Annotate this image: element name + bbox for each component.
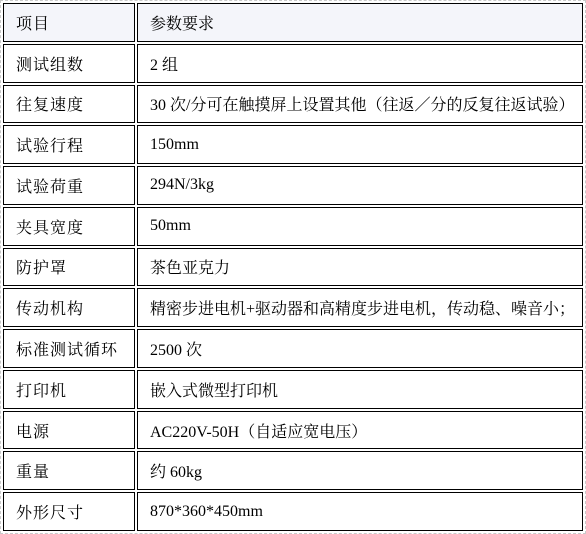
- value-cell: 2500 次: [137, 329, 583, 368]
- spec-table: 项目 参数要求 测试组数 2 组 往复速度 30 次/分可在触摸屏上设置其他（往…: [1, 1, 585, 533]
- item-cell: 标准测试循环: [3, 329, 135, 368]
- value-cell: 精密步进电机+驱动器和高精度步进电机，传动稳、噪音小；: [137, 288, 583, 327]
- value-cell: 870*360*450mm: [137, 492, 583, 531]
- table-row: 标准测试循环 2500 次: [3, 329, 583, 368]
- table-row: 打印机 嵌入式微型打印机: [3, 370, 583, 409]
- value-cell: 50mm: [137, 207, 583, 246]
- table-row: 传动机构 精密步进电机+驱动器和高精度步进电机，传动稳、噪音小；: [3, 288, 583, 327]
- value-cell: 294N/3kg: [137, 166, 583, 205]
- value-cell: 150mm: [137, 125, 583, 164]
- table-header-row: 项目 参数要求: [3, 3, 583, 42]
- item-cell: 夹具宽度: [3, 207, 135, 246]
- value-cell: 茶色亚克力: [137, 248, 583, 287]
- item-cell: 电源: [3, 411, 135, 450]
- table-row: 往复速度 30 次/分可在触摸屏上设置其他（往返／分的反复往返试验）: [3, 85, 583, 124]
- table-row: 试验荷重 294N/3kg: [3, 166, 583, 205]
- header-item-cell: 项目: [3, 3, 135, 42]
- value-cell: 约 60kg: [137, 451, 583, 490]
- value-cell: 嵌入式微型打印机: [137, 370, 583, 409]
- item-cell: 试验荷重: [3, 166, 135, 205]
- item-cell: 往复速度: [3, 85, 135, 124]
- table-row: 重量 约 60kg: [3, 451, 583, 490]
- value-cell: 30 次/分可在触摸屏上设置其他（往返／分的反复往返试验）: [137, 85, 583, 124]
- item-cell: 重量: [3, 451, 135, 490]
- table-row: 夹具宽度 50mm: [3, 207, 583, 246]
- value-cell: 2 组: [137, 44, 583, 83]
- item-cell: 防护罩: [3, 248, 135, 287]
- header-value-cell: 参数要求: [137, 3, 583, 42]
- spec-table-container: 项目 参数要求 测试组数 2 组 往复速度 30 次/分可在触摸屏上设置其他（往…: [0, 0, 586, 534]
- item-cell: 试验行程: [3, 125, 135, 164]
- item-cell: 打印机: [3, 370, 135, 409]
- table-row: 电源 AC220V-50H（自适应宽电压）: [3, 411, 583, 450]
- value-cell: AC220V-50H（自适应宽电压）: [137, 411, 583, 450]
- item-cell: 测试组数: [3, 44, 135, 83]
- table-row: 测试组数 2 组: [3, 44, 583, 83]
- table-row: 试验行程 150mm: [3, 125, 583, 164]
- table-row: 外形尺寸 870*360*450mm: [3, 492, 583, 531]
- item-cell: 外形尺寸: [3, 492, 135, 531]
- item-cell: 传动机构: [3, 288, 135, 327]
- table-row: 防护罩 茶色亚克力: [3, 248, 583, 287]
